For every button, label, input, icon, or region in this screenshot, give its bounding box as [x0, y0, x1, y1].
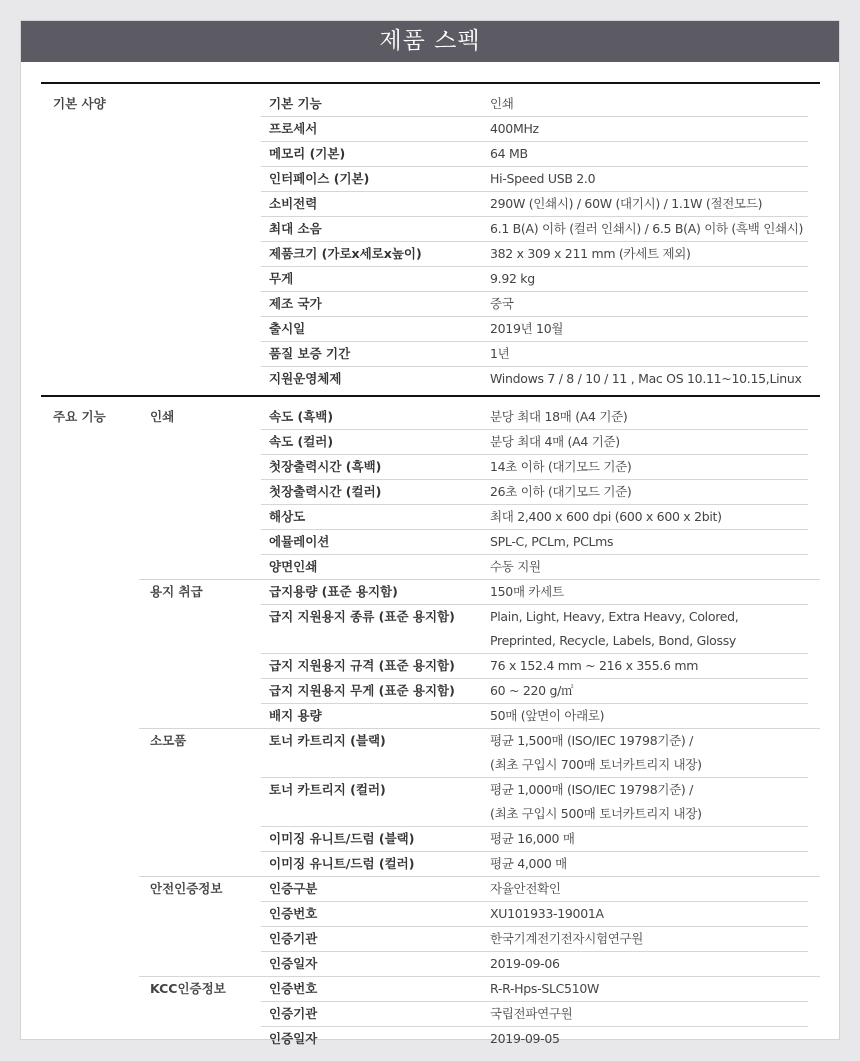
spec-label: 토너 카트리지 (컬러) — [261, 778, 482, 826]
spec-label: 급지 지원용지 종류 (표준 용지함) — [261, 605, 482, 653]
spec-group: 안전인증정보인증구분자율안전확인인증번호XU101933-19001A인증기관한… — [139, 877, 820, 977]
spec-group: 기본 기능인쇄프로세서400MHz메모리 (기본)64 MB인터페이스 (기본)… — [139, 92, 820, 395]
spec-value: 150매 카세트 — [482, 580, 808, 604]
spec-label: 인증일자 — [261, 952, 482, 976]
section-groups: 기본 기능인쇄프로세서400MHz메모리 (기본)64 MB인터페이스 (기본)… — [139, 92, 820, 395]
spec-row: 출시일2019년 10월 — [261, 317, 808, 342]
spec-value: 9.92 kg — [482, 267, 808, 291]
group-rows: 인증번호R-R-Hps-SLC510W인증기관국립전파연구원인증일자2019-0… — [261, 977, 820, 1051]
spec-group: 용지 취급급지용량 (표준 용지함)150매 카세트급지 지원용지 종류 (표준… — [139, 580, 820, 729]
spec-label: 급지 지원용지 규격 (표준 용지함) — [261, 654, 482, 678]
spec-row: 품질 보증 기간1년 — [261, 342, 808, 367]
spec-label: 속도 (컬러) — [261, 430, 482, 454]
group-subcategory: 용지 취급 — [139, 580, 261, 728]
spec-row: 첫장출력시간 (흑백)14초 이하 (대기모드 기준) — [261, 455, 808, 480]
spec-value: 인쇄 — [482, 92, 808, 116]
spec-value: 2019-09-06 — [482, 952, 808, 976]
group-rows: 급지용량 (표준 용지함)150매 카세트급지 지원용지 종류 (표준 용지함)… — [261, 580, 820, 728]
spec-row: 인증일자2019-09-06 — [261, 952, 808, 976]
spec-row: 기본 기능인쇄 — [261, 92, 808, 117]
spec-row: 토너 카트리지 (컬러)평균 1,000매 (ISO/IEC 19798기준) … — [261, 778, 808, 827]
spec-row: 급지 지원용지 종류 (표준 용지함)Plain, Light, Heavy, … — [261, 605, 808, 654]
spec-row: 인증일자2019-09-05 — [261, 1027, 808, 1051]
spec-label: 인증번호 — [261, 977, 482, 1001]
spec-value: 분당 최대 18매 (A4 기준) — [482, 405, 808, 429]
spec-row: 프로세서400MHz — [261, 117, 808, 142]
spec-value: R-R-Hps-SLC510W — [482, 977, 808, 1001]
spec-value: 중국 — [482, 292, 808, 316]
spec-value: 26초 이하 (대기모드 기준) — [482, 480, 808, 504]
spec-value: 최대 2,400 x 600 dpi (600 x 600 x 2bit) — [482, 505, 808, 529]
spec-value: XU101933-19001A — [482, 902, 808, 926]
group-rows: 인증구분자율안전확인인증번호XU101933-19001A인증기관한국기계전기전… — [261, 877, 820, 976]
spec-row: 토너 카트리지 (블랙)평균 1,500매 (ISO/IEC 19798기준) … — [261, 729, 808, 778]
spec-label: 인증기관 — [261, 1002, 482, 1026]
spec-label: 제조 국가 — [261, 292, 482, 316]
spec-value: 1년 — [482, 342, 808, 366]
spec-label: 속도 (흑백) — [261, 405, 482, 429]
spec-label: 인증번호 — [261, 902, 482, 926]
spec-label: 프로세서 — [261, 117, 482, 141]
spec-table: 기본 사양기본 기능인쇄프로세서400MHz메모리 (기본)64 MB인터페이스… — [41, 82, 820, 1051]
spec-label: 메모리 (기본) — [261, 142, 482, 166]
spec-value: Plain, Light, Heavy, Extra Heavy, Colore… — [482, 605, 808, 653]
group-subcategory: 안전인증정보 — [139, 877, 261, 976]
spec-value: 50매 (앞면이 아래로) — [482, 704, 808, 728]
spec-row: 급지용량 (표준 용지함)150매 카세트 — [261, 580, 808, 605]
spec-row: 제조 국가중국 — [261, 292, 808, 317]
spec-group: 소모품토너 카트리지 (블랙)평균 1,500매 (ISO/IEC 19798기… — [139, 729, 820, 877]
spec-row: 인증번호XU101933-19001A — [261, 902, 808, 927]
spec-label: 최대 소음 — [261, 217, 482, 241]
spec-row: 이미징 유니트/드럼 (블랙)평균 16,000 매 — [261, 827, 808, 852]
spec-value: Windows 7 / 8 / 10 / 11 , Mac OS 10.11~1… — [482, 367, 808, 391]
spec-row: 제품크기 (가로x세로x높이)382 x 309 x 211 mm (카세트 제… — [261, 242, 808, 267]
spec-label: 토너 카트리지 (블랙) — [261, 729, 482, 777]
spec-group: 인쇄속도 (흑백)분당 최대 18매 (A4 기준)속도 (컬러)분당 최대 4… — [139, 405, 820, 580]
spec-value: 64 MB — [482, 142, 808, 166]
spec-row: 속도 (흑백)분당 최대 18매 (A4 기준) — [261, 405, 808, 430]
spec-group: KCC인증정보인증번호R-R-Hps-SLC510W인증기관국립전파연구원인증일… — [139, 977, 820, 1051]
group-rows: 속도 (흑백)분당 최대 18매 (A4 기준)속도 (컬러)분당 최대 4매 … — [261, 405, 820, 579]
spec-value: SPL-C, PCLm, PCLms — [482, 530, 808, 554]
spec-label: 인터페이스 (기본) — [261, 167, 482, 191]
spec-label: 무게 — [261, 267, 482, 291]
spec-section: 기본 사양기본 기능인쇄프로세서400MHz메모리 (기본)64 MB인터페이스… — [41, 82, 820, 395]
spec-value: 평균 16,000 매 — [482, 827, 808, 851]
spec-row: 이미징 유니트/드럼 (컬러)평균 4,000 매 — [261, 852, 808, 876]
spec-row: 인증기관국립전파연구원 — [261, 1002, 808, 1027]
spec-value: 14초 이하 (대기모드 기준) — [482, 455, 808, 479]
spec-value: 평균 1,500매 (ISO/IEC 19798기준) / (최초 구입시 70… — [482, 729, 808, 777]
spec-label: 지원운영체제 — [261, 367, 482, 391]
spec-label: 첫장출력시간 (컬러) — [261, 480, 482, 504]
spec-value: 2019년 10월 — [482, 317, 808, 341]
spec-row: 양면인쇄수동 지원 — [261, 555, 808, 579]
group-rows: 토너 카트리지 (블랙)평균 1,500매 (ISO/IEC 19798기준) … — [261, 729, 820, 876]
spec-value: 수동 지원 — [482, 555, 808, 579]
spec-label: 인증기관 — [261, 927, 482, 951]
spec-row: 무게9.92 kg — [261, 267, 808, 292]
spec-value: 한국기계전기전자시험연구원 — [482, 927, 808, 951]
spec-row: 지원운영체제Windows 7 / 8 / 10 / 11 , Mac OS 1… — [261, 367, 808, 395]
spec-row: 해상도최대 2,400 x 600 dpi (600 x 600 x 2bit) — [261, 505, 808, 530]
spec-value: 382 x 309 x 211 mm (카세트 제외) — [482, 242, 808, 266]
section-category: 기본 사양 — [41, 92, 139, 395]
spec-label: 급지용량 (표준 용지함) — [261, 580, 482, 604]
spec-label: 제품크기 (가로x세로x높이) — [261, 242, 482, 266]
spec-row: 속도 (컬러)분당 최대 4매 (A4 기준) — [261, 430, 808, 455]
spec-value: 2019-09-05 — [482, 1027, 808, 1051]
spec-value: 분당 최대 4매 (A4 기준) — [482, 430, 808, 454]
spec-row: 인증기관한국기계전기전자시험연구원 — [261, 927, 808, 952]
section-category: 주요 기능 — [41, 405, 139, 1051]
spec-value: 평균 4,000 매 — [482, 852, 808, 876]
group-subcategory: KCC인증정보 — [139, 977, 261, 1051]
spec-label: 소비전력 — [261, 192, 482, 216]
spec-row: 인증번호R-R-Hps-SLC510W — [261, 977, 808, 1002]
group-subcategory: 소모품 — [139, 729, 261, 876]
spec-label: 출시일 — [261, 317, 482, 341]
spec-value: 60 ~ 220 g/㎡ — [482, 679, 808, 703]
spec-value: 6.1 B(A) 이하 (컬러 인쇄시) / 6.5 B(A) 이하 (흑백 인… — [482, 217, 808, 241]
spec-label: 양면인쇄 — [261, 555, 482, 579]
spec-value: 평균 1,000매 (ISO/IEC 19798기준) / (최초 구입시 50… — [482, 778, 808, 826]
spec-label: 급지 지원용지 무게 (표준 용지함) — [261, 679, 482, 703]
page-title: 제품 스펙 — [21, 21, 839, 62]
spec-section: 주요 기능인쇄속도 (흑백)분당 최대 18매 (A4 기준)속도 (컬러)분당… — [41, 395, 820, 1051]
spec-label: 품질 보증 기간 — [261, 342, 482, 366]
spec-row: 배지 용량50매 (앞면이 아래로) — [261, 704, 808, 728]
spec-row: 메모리 (기본)64 MB — [261, 142, 808, 167]
spec-row: 에뮬레이션SPL-C, PCLm, PCLms — [261, 530, 808, 555]
spec-value: 자율안전확인 — [482, 877, 808, 901]
spec-label: 인증일자 — [261, 1027, 482, 1051]
group-subcategory — [139, 92, 261, 395]
spec-value: 400MHz — [482, 117, 808, 141]
spec-card: 제품 스펙 기본 사양기본 기능인쇄프로세서400MHz메모리 (기본)64 M… — [20, 20, 840, 1040]
spec-label: 첫장출력시간 (흑백) — [261, 455, 482, 479]
spec-row: 인터페이스 (기본)Hi-Speed USB 2.0 — [261, 167, 808, 192]
spec-value: Hi-Speed USB 2.0 — [482, 167, 808, 191]
spec-label: 해상도 — [261, 505, 482, 529]
group-rows: 기본 기능인쇄프로세서400MHz메모리 (기본)64 MB인터페이스 (기본)… — [261, 92, 820, 395]
spec-value: 국립전파연구원 — [482, 1002, 808, 1026]
spec-row: 급지 지원용지 규격 (표준 용지함)76 x 152.4 mm ~ 216 x… — [261, 654, 808, 679]
spec-row: 첫장출력시간 (컬러)26초 이하 (대기모드 기준) — [261, 480, 808, 505]
group-subcategory: 인쇄 — [139, 405, 261, 579]
spec-row: 급지 지원용지 무게 (표준 용지함)60 ~ 220 g/㎡ — [261, 679, 808, 704]
spec-row: 소비전력290W (인쇄시) / 60W (대기시) / 1.1W (절전모드) — [261, 192, 808, 217]
spec-label: 에뮬레이션 — [261, 530, 482, 554]
spec-label: 이미징 유니트/드럼 (컬러) — [261, 852, 482, 876]
section-groups: 인쇄속도 (흑백)분당 최대 18매 (A4 기준)속도 (컬러)분당 최대 4… — [139, 405, 820, 1051]
spec-label: 배지 용량 — [261, 704, 482, 728]
spec-value: 76 x 152.4 mm ~ 216 x 355.6 mm — [482, 654, 808, 678]
spec-value: 290W (인쇄시) / 60W (대기시) / 1.1W (절전모드) — [482, 192, 808, 216]
spec-label: 기본 기능 — [261, 92, 482, 116]
spec-label: 인증구분 — [261, 877, 482, 901]
spec-label: 이미징 유니트/드럼 (블랙) — [261, 827, 482, 851]
spec-row: 최대 소음6.1 B(A) 이하 (컬러 인쇄시) / 6.5 B(A) 이하 … — [261, 217, 808, 242]
spec-row: 인증구분자율안전확인 — [261, 877, 808, 902]
